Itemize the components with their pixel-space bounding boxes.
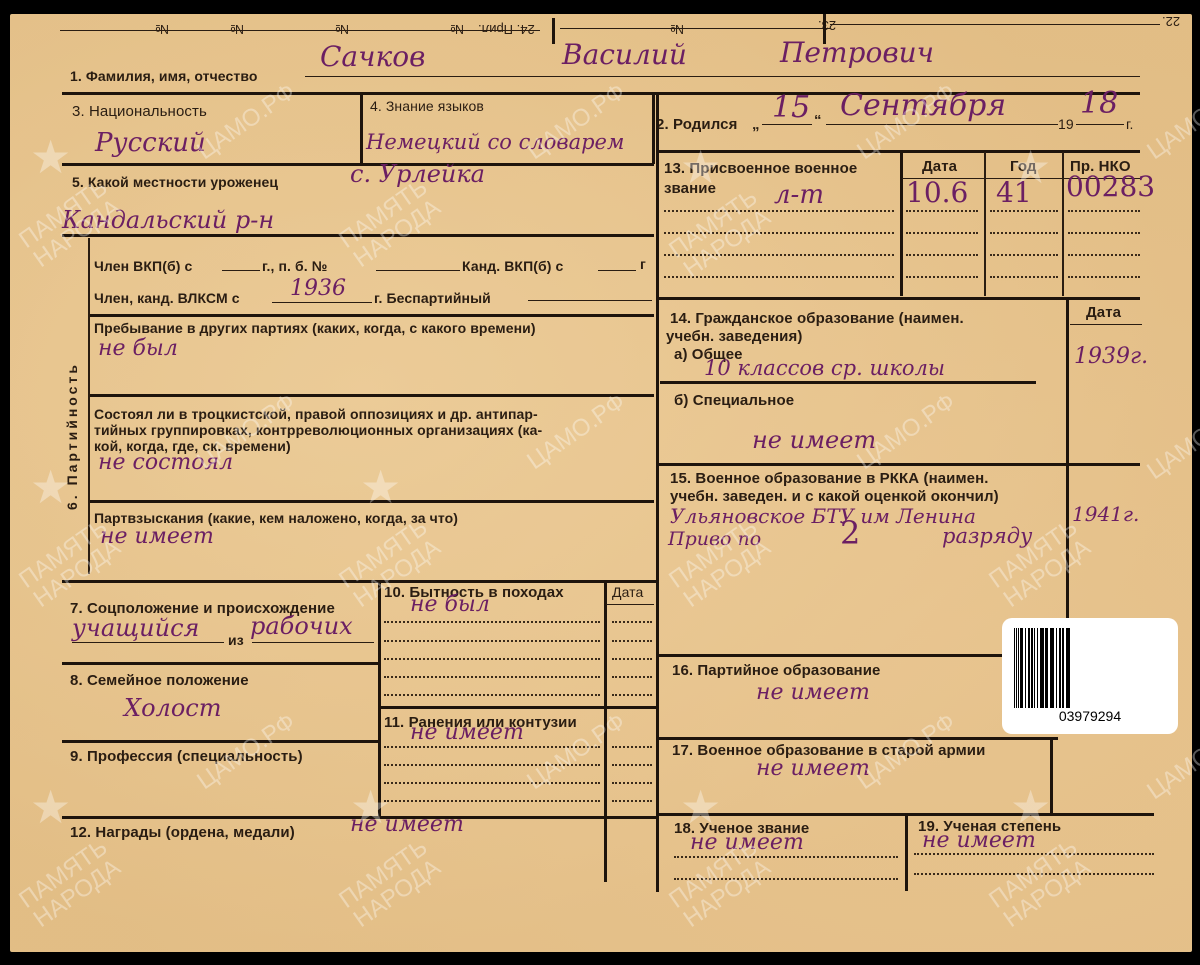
field-15-label-1: 15. Военное образование в РККА (наимен. — [670, 470, 989, 487]
dotted-line — [384, 640, 600, 642]
opposition-value: не состоял — [98, 450, 233, 475]
birth-day-value: 15 — [772, 90, 810, 125]
dotted-line — [906, 254, 978, 256]
vkp-member-label: Член ВКП(б) с — [94, 258, 192, 274]
section-rule — [62, 580, 656, 583]
opposition-label-2: тийных группировках, контрреволюционных … — [94, 422, 542, 438]
dotted-line — [664, 276, 894, 278]
vkp-cand-label: Канд. ВКП(б) с — [462, 258, 563, 274]
dotted-line — [612, 800, 652, 802]
dotted-line — [990, 276, 1058, 278]
dotted-line — [906, 232, 978, 234]
section-rule — [62, 234, 654, 237]
military-edu-value-2c: разряду — [942, 524, 1032, 548]
field-13-label-2: звание — [664, 180, 716, 197]
section-rule — [660, 381, 1036, 384]
vkp-year-label: г., п. б. № — [262, 258, 327, 274]
dotted-line — [914, 853, 1154, 855]
underline — [826, 124, 1058, 125]
section-rule — [90, 500, 654, 503]
military-edu-value-2a: Приво по — [668, 528, 761, 550]
divider — [905, 813, 908, 891]
underline — [72, 642, 224, 643]
field-1-label: 1. Фамилия, имя, отчество — [70, 68, 258, 84]
dotted-line — [612, 676, 652, 678]
special-edu-value: не имеет — [752, 426, 876, 454]
col-header-date: Дата — [922, 158, 957, 175]
number-mark: № — [670, 22, 684, 37]
underline — [528, 300, 652, 301]
field-13-label-1: 13. Присвоенное военное — [664, 160, 857, 177]
dotted-line — [612, 764, 652, 766]
field-24-label: 24. Прил. — [478, 22, 535, 37]
origin-value: рабочих — [250, 612, 353, 640]
field-5-label: 5. Какой местности уроженец — [72, 174, 278, 190]
divider — [900, 152, 903, 296]
section-rule — [380, 706, 656, 709]
dotted-line — [906, 210, 978, 212]
divider — [984, 152, 986, 296]
dotted-line — [612, 746, 652, 748]
field-8-label: 8. Семейное положение — [70, 672, 249, 689]
divider — [652, 94, 655, 164]
field-6-side-label: 6. Партийность — [64, 362, 80, 510]
divider — [656, 92, 659, 892]
underline — [598, 270, 636, 271]
dotted-line — [612, 658, 652, 660]
vkp-cand-unit: г — [640, 256, 646, 272]
dotted-line — [384, 746, 600, 748]
dotted-line — [664, 254, 894, 256]
divider — [1062, 152, 1064, 296]
rank-value: л-т — [774, 180, 824, 210]
dotted-line — [906, 276, 978, 278]
social-status-value: учащийся — [72, 614, 199, 642]
field-12-label: 12. Награды (ордена, медали) — [70, 824, 295, 841]
year-unit: г. — [1126, 116, 1134, 132]
divider — [88, 238, 90, 574]
first-name-value: Василий — [562, 38, 687, 71]
number-mark: № — [230, 22, 244, 37]
special-edu-label: б) Специальное — [674, 392, 794, 409]
nationality-value: Русский — [95, 128, 206, 158]
birth-month-value: Сентября — [840, 88, 1006, 123]
dotted-line — [384, 676, 600, 678]
dotted-line — [384, 782, 600, 784]
rank-date-value: 10.6 — [906, 176, 968, 209]
dotted-line — [384, 621, 600, 623]
birthplace-value-2: Кандальский р-н — [62, 206, 274, 234]
campaigns-value: не был — [410, 592, 490, 617]
rank-year-value: 41 — [996, 176, 1032, 209]
dotted-line — [990, 210, 1058, 212]
underline — [272, 302, 372, 303]
dotted-line — [664, 232, 894, 234]
underline — [222, 270, 260, 271]
divider — [1066, 299, 1069, 647]
barcode-label: 03979294 — [1002, 618, 1178, 734]
military-edu-date: 1941г. — [1072, 502, 1139, 526]
field-4-label: 4. Знание языков — [370, 98, 484, 114]
divider — [1050, 737, 1053, 813]
year-prefix: 19 — [1058, 116, 1074, 132]
dotted-line — [1068, 232, 1140, 234]
underline — [1076, 124, 1124, 125]
party-edu-value: не имеет — [756, 680, 870, 705]
opposition-label-1: Состоял ли в троцкистской, правой оппози… — [94, 406, 538, 422]
underline — [305, 76, 1140, 77]
top-rule — [560, 28, 830, 29]
awards-value: не имеет — [350, 812, 464, 837]
field-9-label: 9. Профессия (специальность) — [70, 748, 303, 765]
section-rule — [658, 737, 1058, 740]
dotted-line — [384, 800, 600, 802]
military-edu-grade: 2 — [840, 514, 860, 552]
other-parties-value: не был — [98, 336, 178, 361]
origin-connector: из — [228, 632, 244, 648]
number-mark: № — [450, 22, 464, 37]
underline — [606, 604, 654, 605]
section-rule — [658, 463, 1140, 466]
marital-status-value: Холост — [124, 694, 221, 722]
number-mark: № — [335, 22, 349, 37]
field-10-date-header: Дата — [612, 584, 643, 600]
academic-title-value: не имеет — [690, 830, 804, 855]
academic-degree-value: не имеет — [922, 828, 1036, 853]
divider — [360, 94, 363, 164]
col-header-year: Год — [1010, 158, 1037, 175]
dotted-line — [990, 254, 1058, 256]
top-rule — [830, 24, 1160, 25]
number-mark: № — [155, 22, 169, 37]
vlksm-unit: г. Беспартийный — [374, 290, 491, 306]
section-rule — [658, 654, 1004, 657]
field-23-label: 23. — [818, 18, 836, 33]
field-14-label-1: 14. Гражданское образование (наимен. — [670, 310, 964, 327]
dotted-line — [1068, 276, 1140, 278]
divider — [378, 582, 381, 818]
field-16-label: 16. Партийное образование — [672, 662, 880, 679]
top-rule — [60, 30, 540, 31]
vlksm-value: 1936 — [290, 276, 346, 301]
underline — [252, 642, 374, 643]
dotted-line — [990, 232, 1058, 234]
dotted-line — [612, 621, 652, 623]
dotted-line — [384, 764, 600, 766]
section-rule — [656, 150, 1140, 153]
dotted-line — [664, 210, 894, 212]
rank-order-value: 00283 — [1066, 170, 1155, 203]
field-14-label-2: учебн. заведения) — [666, 328, 802, 345]
dotted-line — [384, 694, 600, 696]
field-14-date-header: Дата — [1086, 304, 1121, 321]
section-rule — [62, 740, 380, 743]
wounds-value: не имеет — [410, 720, 524, 745]
dotted-line — [1068, 254, 1140, 256]
other-parties-label: Пребывание в других партиях (каких, когд… — [94, 320, 536, 336]
dotted-line — [674, 878, 898, 880]
old-army-edu-value: не имеет — [756, 756, 870, 781]
dotted-line — [1068, 210, 1140, 212]
birthplace-value-1: с. Урлейка — [350, 160, 485, 188]
quote-mark: „ — [752, 116, 760, 133]
field-2-label: 2. Родился — [656, 116, 737, 133]
underline — [1070, 324, 1142, 325]
divider — [604, 582, 607, 882]
birth-year-value: 18 — [1080, 86, 1118, 121]
field-15-label-2: учебн. заведен. и с какой оценкой окончи… — [670, 488, 999, 505]
underline — [376, 270, 460, 271]
military-edu-value-1: Ульяновское БТУ им Ленина — [670, 504, 976, 528]
surname-value: Сачков — [320, 40, 425, 73]
penalties-value: не имеет — [100, 524, 214, 549]
field-22-label: 22. — [1162, 14, 1180, 29]
field-3-label: 3. Национальность — [72, 103, 207, 120]
languages-value: Немецкий со словарем — [366, 130, 624, 154]
vlksm-label: Член, канд. ВЛКСМ с — [94, 290, 240, 306]
section-rule — [90, 314, 654, 317]
dotted-line — [674, 856, 898, 858]
dotted-line — [612, 640, 652, 642]
quote-mark: “ — [814, 112, 822, 129]
general-edu-value: 10 классов ср. школы — [704, 356, 945, 380]
dotted-line — [914, 873, 1154, 875]
general-edu-date: 1939г. — [1074, 344, 1148, 369]
dotted-line — [384, 658, 600, 660]
section-rule — [90, 394, 654, 397]
barcode-icon — [1014, 628, 1166, 708]
barcode-number: 03979294 — [1002, 708, 1178, 724]
patronymic-value: Петрович — [780, 36, 934, 69]
divider — [552, 18, 555, 44]
dotted-line — [612, 782, 652, 784]
dotted-line — [612, 694, 652, 696]
section-rule — [62, 662, 380, 665]
